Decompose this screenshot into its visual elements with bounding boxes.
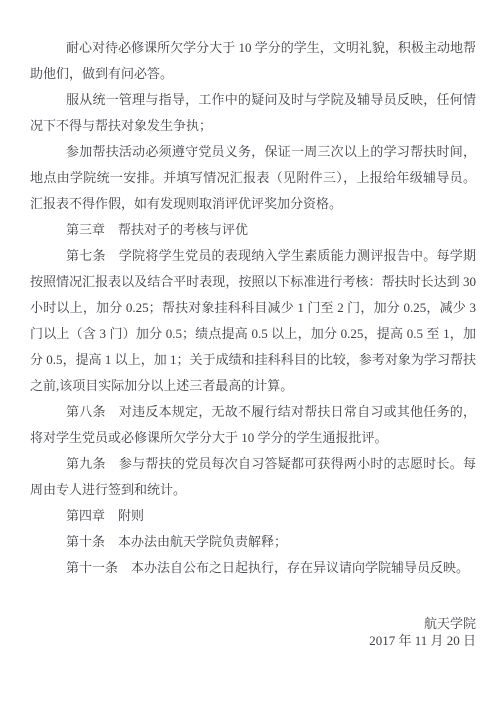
chapter-heading: 第三章 帮扶对子的考核与评优 [30, 217, 476, 243]
document-page: 耐心对待必修课所欠学分大于 10 学分的学生，文明礼貌，积极主动地帮助他们，做到… [0, 0, 501, 709]
signature-date: 2017 年 11 月 20 日 [30, 632, 476, 649]
clause-paragraph: 第八条 对违反本规定，无故不履行结对帮扶日常自习或其他任务的，将对学生党员或必修… [30, 399, 476, 451]
clause-paragraph: 第十一条 本办法自公布之日起执行，存在异议请向学院辅导员反映。 [30, 555, 476, 581]
body-paragraph: 服从统一管理与指导，工作中的疑问及时与学院及辅导员反映，任何情况下不得与帮扶对象… [30, 87, 476, 139]
signature-block: 航天学院 2017 年 11 月 20 日 [30, 615, 476, 649]
body-paragraph: 耐心对待必修课所欠学分大于 10 学分的学生，文明礼貌，积极主动地帮助他们，做到… [30, 35, 476, 87]
clause-paragraph: 第十条 本办法由航天学院负责解释； [30, 529, 476, 555]
document-body: 耐心对待必修课所欠学分大于 10 学分的学生，文明礼貌，积极主动地帮助他们，做到… [30, 35, 476, 581]
clause-paragraph: 第九条 参与帮扶的党员每次自习答疑都可获得两小时的志愿时长。每周由专人进行签到和… [30, 451, 476, 503]
clause-paragraph: 第七条 学院将学生党员的表现纳入学生素质能力测评报告中。每学期按照情况汇报表以及… [30, 243, 476, 399]
chapter-heading: 第四章 附则 [30, 503, 476, 529]
body-paragraph: 参加帮扶活动必须遵守党员义务，保证一周三次以上的学习帮扶时间，地点由学院统一安排… [30, 139, 476, 217]
signature-org: 航天学院 [30, 615, 476, 632]
